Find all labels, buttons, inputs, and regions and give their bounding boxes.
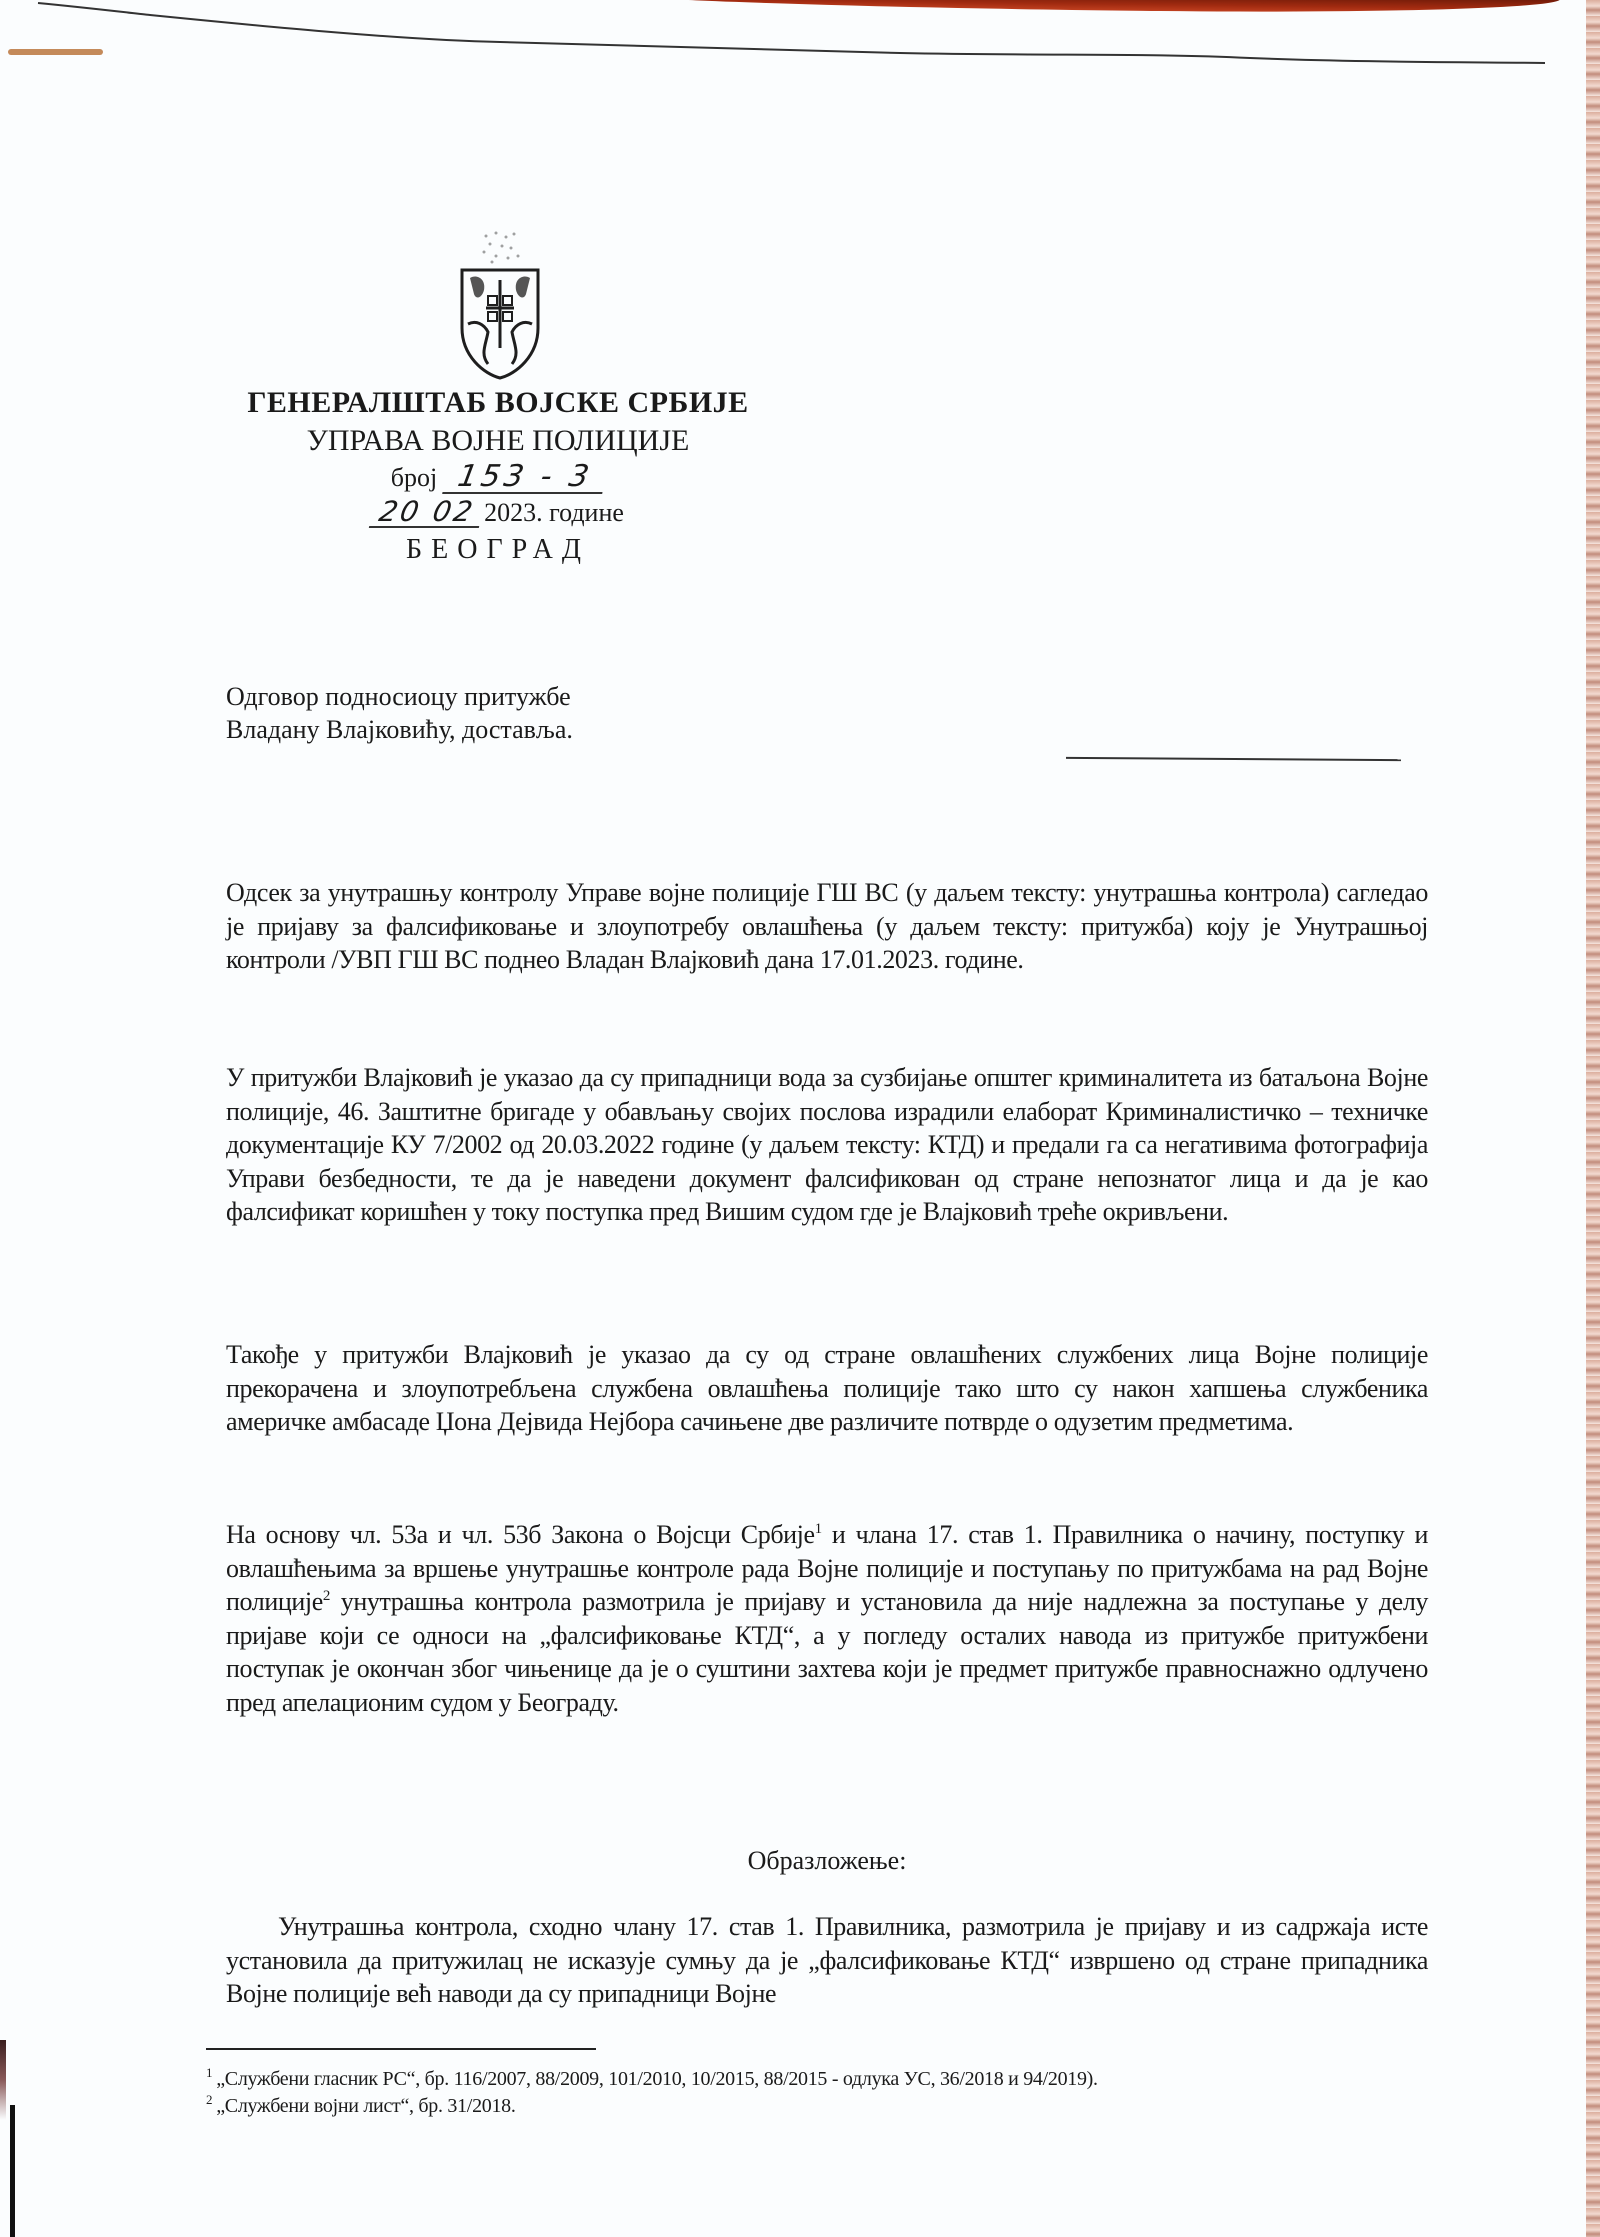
org-name-general-staff: ГЕНЕРАЛШТАБ ВОЈСКЕ СРБИЈЕ (230, 386, 766, 420)
footnotes: 1„Службени гласник РС“, бр. 116/2007, 88… (206, 2066, 1098, 2120)
footnote-2: 2„Службени војни лист“, бр. 31/2018. (206, 2093, 1098, 2120)
footnote-1-text: „Службени гласник РС“, бр. 116/2007, 88/… (216, 2068, 1098, 2090)
footnote-ref-1: 1 (815, 1521, 822, 1537)
paragraph-4: На основу чл. 53а и чл. 53б Закона о Вој… (226, 1518, 1428, 1719)
city: БЕОГРАД (230, 534, 766, 566)
signature-rule (1066, 757, 1401, 761)
left-edge-shadow (0, 2040, 6, 2120)
subject-line-2: Владану Влајковићу, достављa. (226, 713, 573, 746)
date-handwritten: 20 02 (369, 498, 485, 528)
paragraph-3: Такође у притужби Влајковић је указао да… (226, 1338, 1428, 1439)
footnote-2-text: „Службени војни лист“, бр. 31/2018. (216, 2095, 515, 2117)
paragraph-5: Унутрашња контрола, сходно члану 17. ста… (226, 1910, 1428, 2011)
date-suffix: 2023. године (484, 498, 624, 527)
org-name-military-police: УПРАВА ВОЈНЕ ПОЛИЦИЈЕ (230, 424, 766, 458)
footnote-rule (206, 2048, 596, 2050)
paragraph-2: У притужби Влајковић је указао да су при… (226, 1061, 1428, 1229)
footnote-ref-2: 2 (323, 1588, 330, 1604)
document-number: број153 - 3 (230, 462, 766, 494)
subject-block: Одговор подносиоцу притужбе Владану Влај… (226, 680, 573, 746)
paragraph-4-text-a: На основу чл. 53а и чл. 53б Закона о Вој… (226, 1520, 815, 1549)
document-date: 20 022023. године (230, 498, 766, 528)
left-edge-bar (10, 2105, 15, 2237)
serbian-coat-of-arms-icon (456, 228, 544, 380)
number-handwritten: 153 - 3 (442, 462, 608, 494)
paragraph-1: Одсек за унутрашњу контролу Управе војне… (226, 876, 1428, 977)
footnote-1: 1„Службени гласник РС“, бр. 116/2007, 88… (206, 2066, 1098, 2093)
footnote-1-mark: 1 (206, 2065, 212, 2080)
paragraph-4-text-c: унутрашња контрола размотрила је пријаву… (226, 1587, 1428, 1717)
footnote-2-mark: 2 (206, 2092, 212, 2107)
number-label: број (391, 463, 437, 493)
section-heading-reasoning: Образложење: (226, 1846, 1428, 1876)
torn-right-edge (1586, 0, 1600, 2237)
subject-line-1: Одговор подносиоцу притужбе (226, 680, 573, 713)
top-scan-line (0, 0, 1600, 80)
